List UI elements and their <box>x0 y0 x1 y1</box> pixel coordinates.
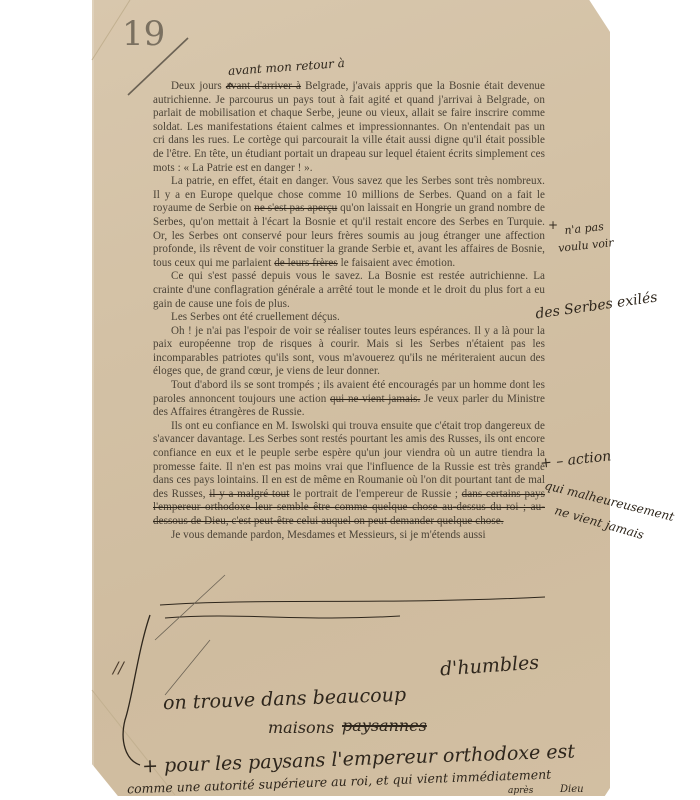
typed-text-body: Deux jours avant d'arriver à Belgrade, j… <box>153 80 545 542</box>
bottom-note-line2: maisons <box>268 718 334 737</box>
paragraph-1: Deux jours avant d'arriver à Belgrade, j… <box>153 80 545 175</box>
paragraph-3: Ce qui s'est passé depuis vous le savez.… <box>153 270 545 311</box>
paragraph-7: Ils ont eu confiance en M. Iswolski qui … <box>153 420 545 529</box>
margin-note-not-wanted: n'a pas voulu voir <box>553 217 616 257</box>
paragraph-8: Je vous demande pardon, Mesdames et Mess… <box>153 529 545 543</box>
paragraph-4: Les Serbes ont été cruellement déçus. <box>153 311 545 325</box>
paragraph-6: Tout d'abord ils se sont trompés ; ils a… <box>153 379 545 420</box>
page-number-annotation: 19 <box>122 14 165 54</box>
bottom-note-line2-struck: paysannes <box>342 716 427 735</box>
bottom-note-above-word: après <box>508 786 533 796</box>
left-margin-mark: // <box>113 658 124 677</box>
paragraph-5: Oh ! je n'ai pas l'espoir de voir se réa… <box>153 325 545 379</box>
bottom-note-end-word: Dieu <box>560 784 584 795</box>
paragraph-2: La patrie, en effet, était en danger. Vo… <box>153 175 545 270</box>
